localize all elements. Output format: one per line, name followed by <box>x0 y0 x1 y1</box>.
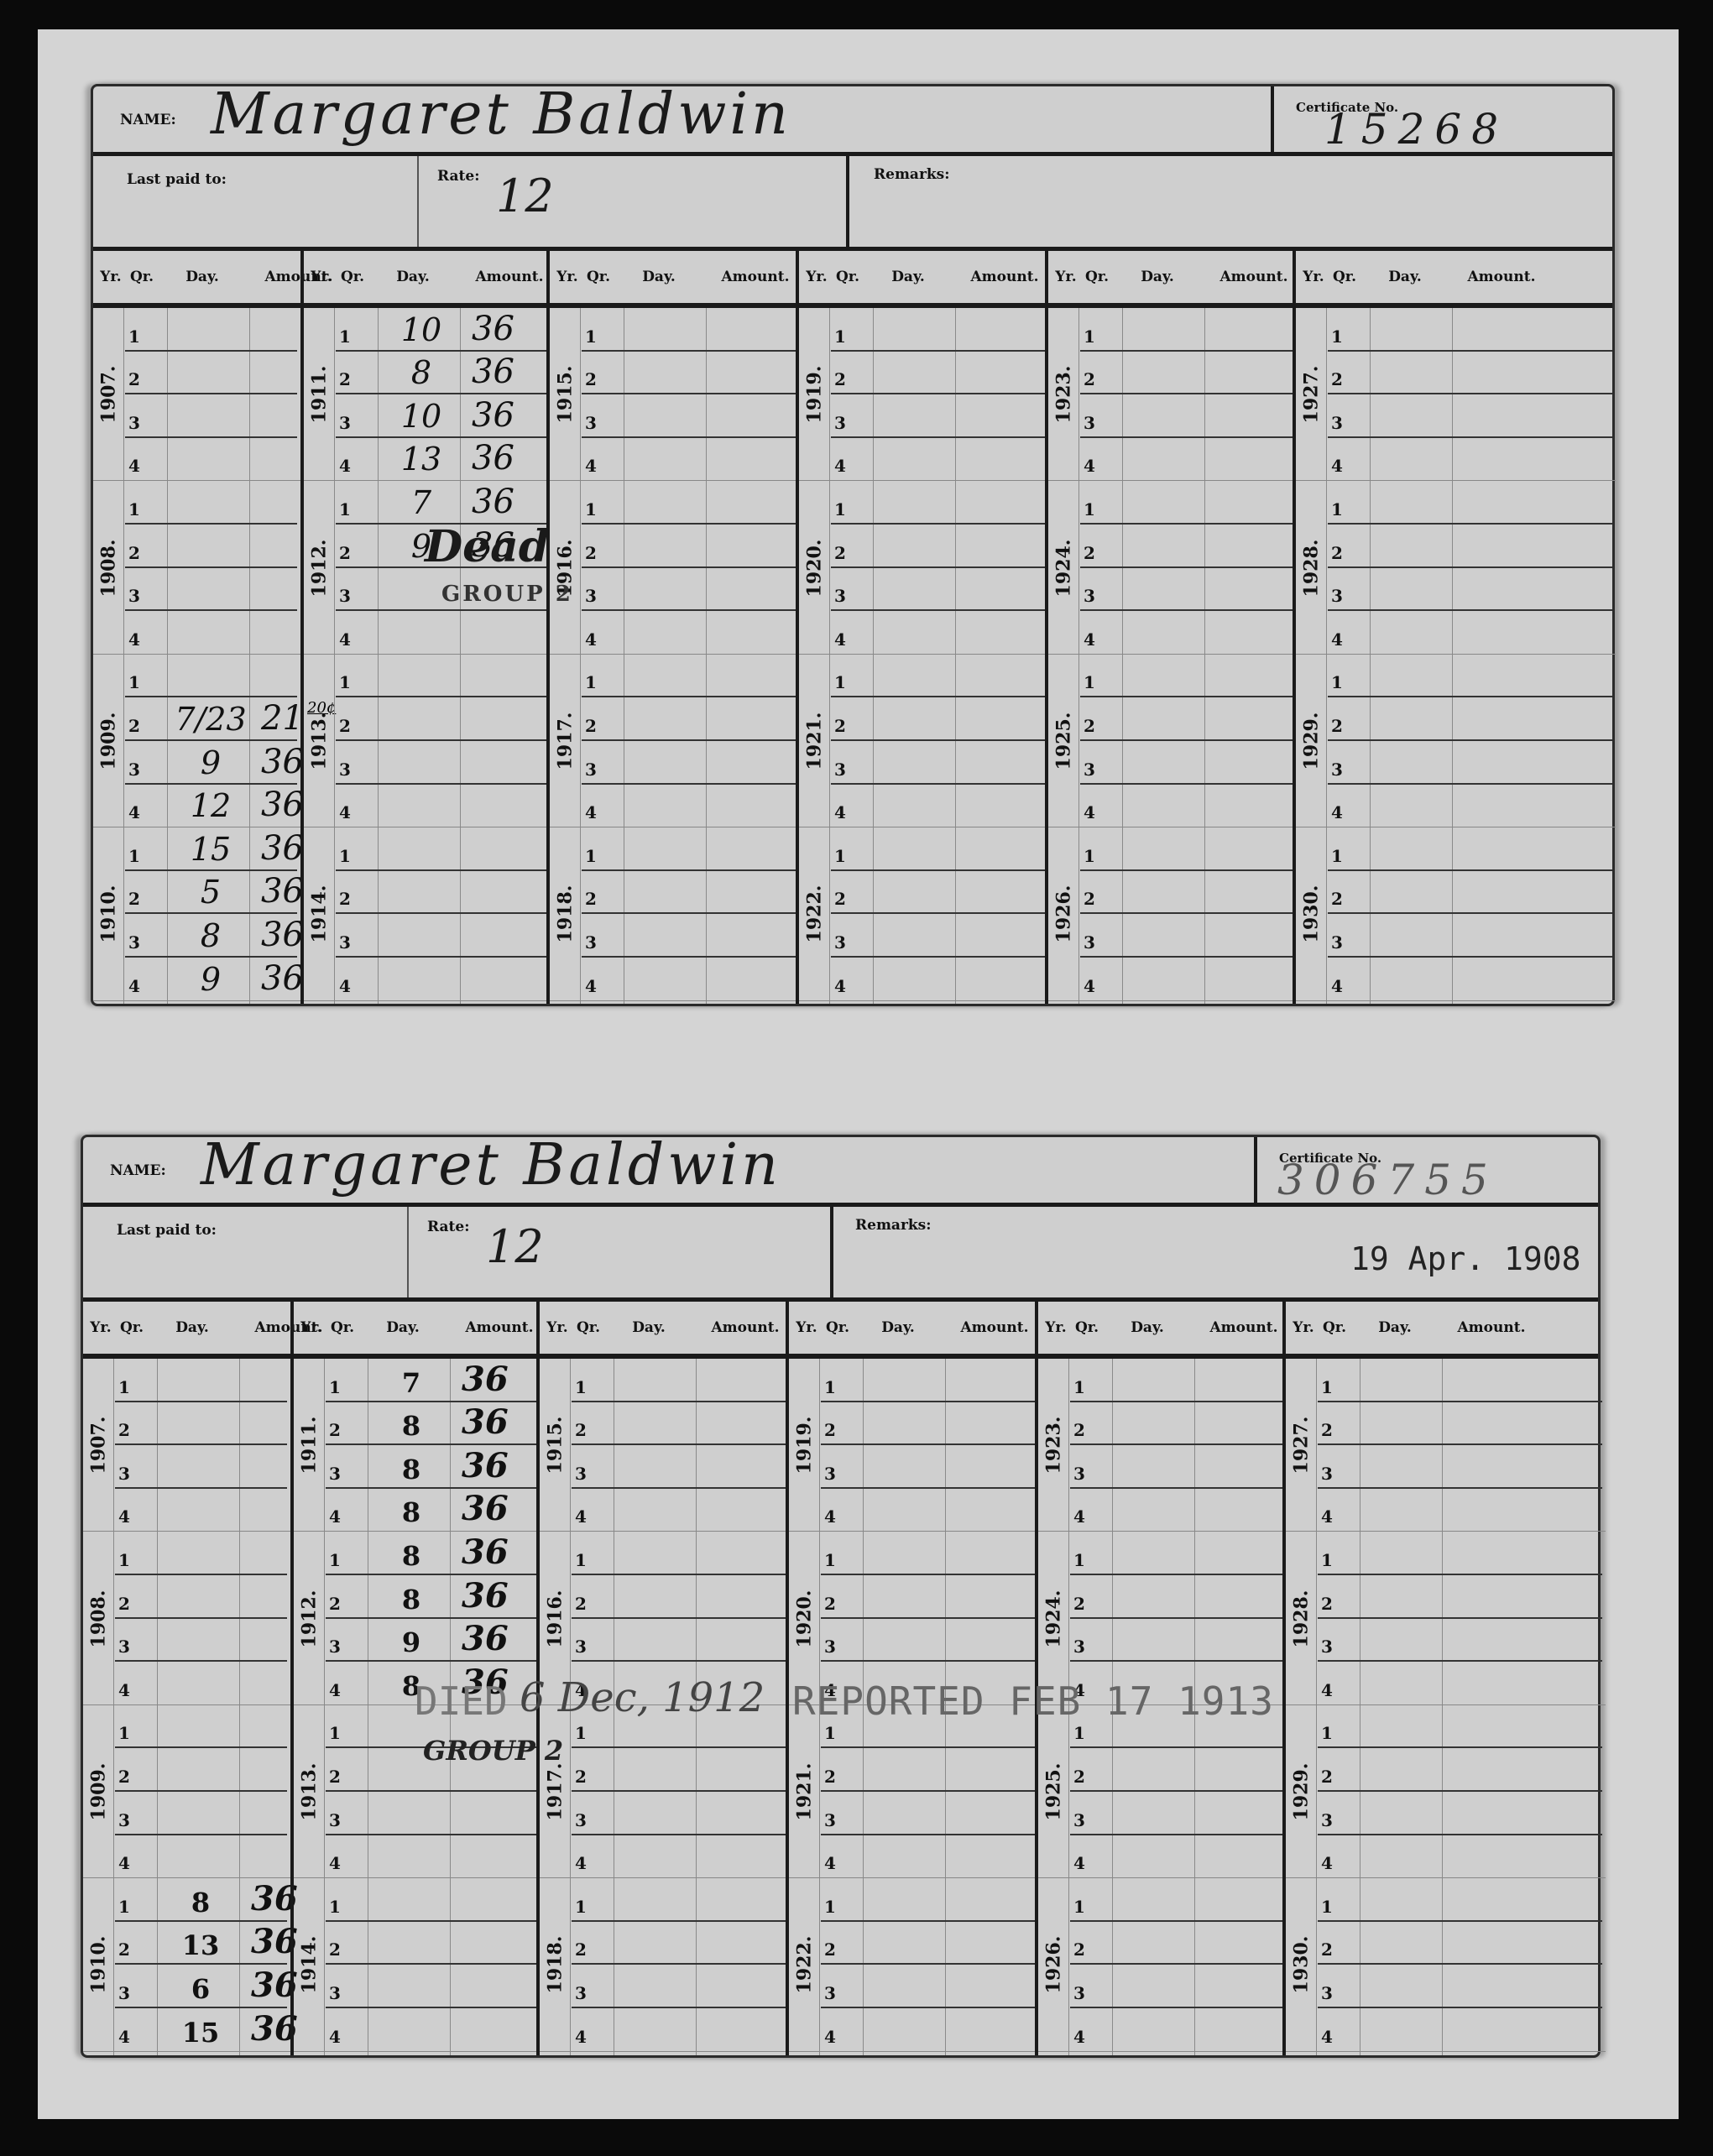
quarter-row: 1 <box>540 1532 789 1575</box>
quarter-number: 3 <box>824 1983 836 2003</box>
quarter-number: 2 <box>339 889 351 909</box>
quarter-row: 2 <box>1286 1402 1606 1446</box>
column-header-amount: Amount. <box>1208 269 1300 285</box>
quarter-number: 1 <box>824 1897 836 1917</box>
quarter-number: 2 <box>1073 1420 1085 1440</box>
quarter-number: 2 <box>1331 543 1343 563</box>
quarter-number: 4 <box>585 629 597 650</box>
year-column-group: 1923.12341924.12341925.12341926.1234 <box>1045 308 1296 1004</box>
quarter-number: 1 <box>585 846 597 866</box>
quarter-number: 2 <box>1073 1939 1085 1960</box>
payment-day: 13 <box>384 441 459 478</box>
quarter-row: 4 <box>1286 1835 1606 1879</box>
quarter-row: 4 <box>83 1489 290 1532</box>
quarter-number: 1 <box>585 672 597 692</box>
quarter-number: 4 <box>1084 976 1095 996</box>
quarter-row: 1 <box>789 1359 1038 1402</box>
quarter-row: 2 <box>1048 352 1296 395</box>
quarter-number: 3 <box>1084 413 1095 433</box>
group-stamp: GROUP 2 <box>441 582 573 607</box>
quarter-number: 1 <box>329 1550 341 1570</box>
quarter-row: 3636 <box>83 1965 290 2008</box>
quarter-row: 3 <box>83 1445 290 1489</box>
info-row: Last paid to:Rate:12Remarks: <box>93 156 1612 251</box>
column-header-day: Day. <box>1114 1319 1181 1336</box>
quarter-row: 4 <box>93 438 300 482</box>
quarter-number: 2 <box>128 543 140 563</box>
quarter-number: 1 <box>1084 846 1095 866</box>
quarter-number: 2 <box>1073 1767 1085 1787</box>
column-header-day: Day. <box>875 269 942 285</box>
quarter-number: 1 <box>585 499 597 519</box>
quarter-number: 1 <box>339 846 351 866</box>
quarter-row: 4 <box>83 1835 290 1879</box>
quarter-number: 4 <box>1331 802 1343 822</box>
quarter-row: 4 <box>294 1835 540 1879</box>
quarter-row: 2836 <box>294 1575 540 1619</box>
quarter-row: 2 <box>550 352 799 395</box>
payment-day: 15 <box>163 2017 238 2049</box>
quarter-number: 3 <box>128 413 140 433</box>
column-header-group: Yr.Qr.Day.Amount. <box>300 251 550 303</box>
column-header-day: Day. <box>1124 269 1191 285</box>
quarter-row: 11536 <box>93 827 300 871</box>
quarter-row: 3 <box>799 568 1048 612</box>
quarter-number: 1 <box>1321 1723 1333 1743</box>
quarter-row: 3 <box>294 1965 540 2008</box>
quarter-number: 1 <box>1084 672 1095 692</box>
quarter-row: 2 <box>1048 871 1296 915</box>
column-header-qr: Qr. <box>326 1319 359 1336</box>
quarter-row: 1 <box>93 481 300 525</box>
quarter-number: 3 <box>1084 932 1095 953</box>
quarter-row: 2 <box>789 1402 1038 1446</box>
quarter-row: 2 <box>540 1575 789 1619</box>
payment-day: 9 <box>173 961 248 998</box>
quarter-number: 1 <box>824 1723 836 1743</box>
quarter-number: 1 <box>329 1377 341 1397</box>
quarter-number: 3 <box>339 932 351 953</box>
quarter-row: 4 <box>550 438 799 482</box>
payment-day: 12 <box>173 787 248 824</box>
quarter-number: 1 <box>329 1723 341 1743</box>
quarter-row: 3 <box>304 741 550 785</box>
column-header-yr: Yr. <box>792 1319 821 1336</box>
payment-grid: 1907.12341908.12341909.127/232120¢393641… <box>93 308 1612 1004</box>
quarter-number: 4 <box>1321 1680 1333 1700</box>
quarter-number: 1 <box>1084 499 1095 519</box>
quarter-number: 4 <box>834 802 846 822</box>
quarter-row: 2 <box>550 871 799 915</box>
quarter-number: 1 <box>824 1550 836 1570</box>
quarter-number: 2 <box>339 716 351 736</box>
quarter-number: 1 <box>118 1550 130 1570</box>
quarter-number: 4 <box>1084 629 1095 650</box>
quarter-row: 3 <box>1296 914 1616 958</box>
quarter-number: 2 <box>329 1594 341 1614</box>
column-header-yr: Yr. <box>1289 1319 1318 1336</box>
reported-stamp: REPORTED FEB 17 1913 <box>792 1678 1274 1724</box>
quarter-row: 3 <box>789 1619 1038 1663</box>
quarter-row: 1 <box>1286 1878 1606 1922</box>
quarter-row: 1 <box>304 827 550 871</box>
quarter-row: 3 <box>83 1792 290 1835</box>
quarter-row: 11036 <box>304 308 550 352</box>
column-header-amount: Amount. <box>699 1319 791 1336</box>
column-header-group: Yr.Qr.Day.Amount. <box>796 251 1048 303</box>
payment-day: 5 <box>173 874 248 911</box>
quarter-number: 2 <box>339 543 351 563</box>
quarter-number: 3 <box>118 1810 130 1830</box>
quarter-row: 4 <box>799 438 1048 482</box>
quarter-row: 4 <box>1286 1489 1606 1532</box>
quarter-row: 1 <box>550 308 799 352</box>
quarter-row: 4 <box>1048 958 1296 1001</box>
quarter-number: 2 <box>329 1420 341 1440</box>
quarter-number: 3 <box>575 1637 587 1657</box>
column-header-qr: Qr. <box>115 1319 149 1336</box>
quarter-number: 2 <box>1321 1420 1333 1440</box>
quarter-number: 2 <box>834 543 846 563</box>
quarter-row: 4 <box>294 2008 540 2052</box>
quarter-row: 1 <box>550 481 799 525</box>
quarter-number: 1 <box>1084 326 1095 347</box>
column-header-yr: Yr. <box>307 269 336 285</box>
quarter-number: 3 <box>585 932 597 953</box>
row-rule <box>799 1000 1048 1001</box>
quarter-number: 1 <box>1321 1550 1333 1570</box>
quarter-number: 3 <box>1073 1810 1085 1830</box>
quarter-row: 4 <box>550 785 799 828</box>
payment-day: 8 <box>373 1454 449 1485</box>
quarter-row: 3 <box>1296 394 1616 438</box>
quarter-row: 1 <box>93 655 300 698</box>
column-header-amount: Amount. <box>463 269 556 285</box>
death-date: 6 Dec, 1912 <box>520 1674 765 1721</box>
quarter-number: 3 <box>834 932 846 953</box>
quarter-row: 2 <box>1286 1575 1606 1619</box>
quarter-number: 4 <box>128 456 140 476</box>
quarter-number: 1 <box>575 1377 587 1397</box>
quarter-number: 4 <box>824 2027 836 2047</box>
quarter-row: 1 <box>540 1878 789 1922</box>
quarter-number: 1 <box>1331 499 1343 519</box>
column-header-group: Yr.Qr.Day.Amount. <box>93 251 300 303</box>
quarter-number: 2 <box>585 543 597 563</box>
quarter-row: 1836 <box>83 1878 290 1922</box>
quarter-row: 3 <box>789 1792 1038 1835</box>
quarter-row: 3 <box>540 1792 789 1835</box>
quarter-row: 3 <box>1286 1792 1606 1835</box>
row-rule <box>1296 1000 1616 1001</box>
quarter-number: 2 <box>1084 543 1095 563</box>
quarter-number: 1 <box>834 846 846 866</box>
column-header-group: Yr.Qr.Day.Amount. <box>290 1302 540 1354</box>
quarter-row: 1 <box>1048 655 1296 698</box>
quarter-row: 2 <box>789 1575 1038 1619</box>
quarter-number: 3 <box>118 1464 130 1484</box>
payment-day: 6 <box>163 1973 238 2005</box>
quarter-row: 4 <box>789 1835 1038 1879</box>
name-row: NAME:Margaret BaldwinCertificate No.1526… <box>93 86 1612 156</box>
payment-day: 8 <box>373 1584 449 1616</box>
quarter-row: 4 <box>93 611 300 655</box>
quarter-number: 3 <box>585 760 597 780</box>
quarter-number: 3 <box>575 1810 587 1830</box>
column-header-amount: Amount. <box>1445 1319 1538 1336</box>
column-header-yr: Yr. <box>543 1319 572 1336</box>
quarter-row: 4 <box>1048 438 1296 482</box>
quarter-number: 4 <box>128 802 140 822</box>
quarter-row: 1 <box>1286 1532 1606 1575</box>
column-header-qr: Qr. <box>582 269 615 285</box>
quarter-number: 2 <box>329 1939 341 1960</box>
quarter-row: 2 <box>1296 525 1616 568</box>
quarter-number: 3 <box>128 760 140 780</box>
quarter-number: 4 <box>824 1506 836 1527</box>
column-header-amount: Amount. <box>1198 1319 1290 1336</box>
quarter-number: 1 <box>834 326 846 347</box>
quarter-number: 3 <box>339 586 351 606</box>
quarter-number: 4 <box>118 1853 130 1873</box>
quarter-number: 1 <box>824 1377 836 1397</box>
column-header-day: Day. <box>169 269 236 285</box>
column-header-yr: Yr. <box>97 269 125 285</box>
quarter-number: 1 <box>575 1550 587 1570</box>
quarter-number: 4 <box>575 1506 587 1527</box>
quarter-row: 41236 <box>93 785 300 828</box>
quarter-number: 3 <box>1073 1464 1085 1484</box>
membership-card-1: NAME:Margaret BaldwinCertificate No.1526… <box>91 84 1615 1006</box>
quarter-row: 4936 <box>93 958 300 1001</box>
quarter-row: 1 <box>1286 1359 1606 1402</box>
quarter-row: 1736 <box>294 1359 540 1402</box>
quarter-number: 3 <box>824 1810 836 1830</box>
quarter-number: 1 <box>1321 1377 1333 1397</box>
quarter-row: 4 <box>799 611 1048 655</box>
quarter-number: 1 <box>1073 1550 1085 1570</box>
quarter-number: 3 <box>834 413 846 433</box>
quarter-row: 1 <box>304 655 550 698</box>
quarter-row: 1 <box>1296 308 1616 352</box>
column-header-qr: Qr. <box>1318 1319 1351 1336</box>
column-header-group: Yr.Qr.Day.Amount. <box>546 251 799 303</box>
quarter-number: 1 <box>339 326 351 347</box>
quarter-number: 3 <box>834 586 846 606</box>
quarter-number: 2 <box>1084 889 1095 909</box>
quarter-number: 2 <box>824 1767 836 1787</box>
quarter-number: 2 <box>118 1420 130 1440</box>
quarter-number: 1 <box>339 499 351 519</box>
quarter-number: 4 <box>1073 1506 1085 1527</box>
column-header-group: Yr.Qr.Day.Amount. <box>1045 251 1296 303</box>
column-header-day: Day. <box>864 1319 932 1336</box>
quarter-row: 2 <box>1296 697 1616 741</box>
column-header-day: Day. <box>615 1319 682 1336</box>
quarter-number: 4 <box>1321 1506 1333 1527</box>
quarter-row: 2 <box>93 352 300 395</box>
quarter-number: 2 <box>128 369 140 389</box>
quarter-number: 3 <box>1321 1810 1333 1830</box>
quarter-number: 3 <box>1331 932 1343 953</box>
quarter-number: 2 <box>128 889 140 909</box>
quarter-row: 3936 <box>294 1619 540 1663</box>
column-header-group: Yr.Qr.Day.Amount. <box>536 1302 789 1354</box>
quarter-number: 3 <box>824 1464 836 1484</box>
quarter-number: 2 <box>585 716 597 736</box>
payment-day: 7 <box>373 1367 449 1399</box>
quarter-number: 1 <box>118 1723 130 1743</box>
quarter-number: 4 <box>339 976 351 996</box>
quarter-row: 3 <box>1286 1445 1606 1489</box>
quarter-number: 3 <box>575 1464 587 1484</box>
quarter-number: 1 <box>834 672 846 692</box>
quarter-row: 3 <box>1038 1792 1286 1835</box>
quarter-row: 1 <box>93 308 300 352</box>
column-header-group: Yr.Qr.Day.Amount. <box>786 1302 1038 1354</box>
quarter-number: 2 <box>118 1767 130 1787</box>
group-stamp: GROUP 2 <box>423 1735 563 1767</box>
quarter-number: 1 <box>1073 1897 1085 1917</box>
row-rule <box>540 2051 789 2052</box>
payment-day: 9 <box>373 1626 449 1658</box>
column-header-qr: Qr. <box>572 1319 605 1336</box>
quarter-row: 3 <box>93 394 300 438</box>
quarter-number: 4 <box>585 802 597 822</box>
quarter-number: 4 <box>1073 2027 1085 2047</box>
column-header-yr: Yr. <box>1299 269 1328 285</box>
quarter-number: 4 <box>329 1680 341 1700</box>
quarter-row: 1 <box>1048 827 1296 871</box>
quarter-number: 2 <box>575 1767 587 1787</box>
quarter-row: 4 <box>1296 785 1616 828</box>
quarter-number: 2 <box>128 716 140 736</box>
quarter-number: 3 <box>585 586 597 606</box>
quarter-number: 2 <box>824 1594 836 1614</box>
quarter-row: 3 <box>799 394 1048 438</box>
quarter-row: 2 <box>799 352 1048 395</box>
quarter-row: 4 <box>1038 1489 1286 1532</box>
quarter-row: 2 <box>1038 1748 1286 1792</box>
rate-label: Rate: <box>437 168 479 185</box>
quarter-number: 2 <box>329 1767 341 1787</box>
quarter-row: 3936 <box>93 741 300 785</box>
quarter-number: 2 <box>1331 716 1343 736</box>
column-header-qr: Qr. <box>336 269 369 285</box>
quarter-row: 4 <box>1048 611 1296 655</box>
column-header-qr: Qr. <box>1080 269 1114 285</box>
column-header-yr: Yr. <box>297 1319 326 1336</box>
quarter-number: 4 <box>1331 976 1343 996</box>
quarter-row: 3 <box>1286 1619 1606 1663</box>
year-column-group: 1907.12341908.12341909.127/232120¢393641… <box>93 308 300 1004</box>
quarter-number: 3 <box>329 1983 341 2003</box>
column-header-day: Day. <box>369 1319 436 1336</box>
quarter-row: 2 <box>1048 525 1296 568</box>
quarter-number: 4 <box>118 1506 130 1527</box>
quarter-row: 4 <box>789 2008 1038 2052</box>
quarter-row: 2 <box>1296 871 1616 915</box>
quarter-number: 4 <box>585 456 597 476</box>
quarter-row: 2 <box>304 697 550 741</box>
column-header-row: Yr.Qr.Day.Amount.Yr.Qr.Day.Amount.Yr.Qr.… <box>93 251 1612 308</box>
quarter-row: 2 <box>540 1748 789 1792</box>
quarter-row: 3 <box>1048 741 1296 785</box>
quarter-number: 4 <box>834 456 846 476</box>
row-rule <box>83 2051 290 2052</box>
quarter-row: 1 <box>799 827 1048 871</box>
quarter-number: 1 <box>1331 672 1343 692</box>
last-paid-label: Last paid to: <box>117 1222 217 1239</box>
quarter-row: 1 <box>789 1532 1038 1575</box>
payment-day: 15 <box>173 831 248 868</box>
quarter-row: 2 <box>294 1922 540 1965</box>
membership-card-2: NAME:Margaret BaldwinCertificate No.3067… <box>81 1135 1601 2058</box>
quarter-row: 4 <box>304 958 550 1001</box>
quarter-row: 3 <box>550 741 799 785</box>
quarter-row: 2 <box>1038 1402 1286 1446</box>
payment-day: 8 <box>373 1410 449 1442</box>
certificate-number: 15268 <box>1324 105 1508 154</box>
column-header-amount: Amount. <box>453 1319 546 1336</box>
quarter-number: 3 <box>339 760 351 780</box>
column-header-row: Yr.Qr.Day.Amount.Yr.Qr.Day.Amount.Yr.Qr.… <box>83 1302 1598 1359</box>
quarter-number: 3 <box>329 1810 341 1830</box>
quarter-number: 2 <box>1321 1767 1333 1787</box>
quarter-number: 2 <box>585 369 597 389</box>
quarter-number: 2 <box>575 1939 587 1960</box>
quarter-number: 3 <box>824 1637 836 1657</box>
quarter-row: 2 <box>799 525 1048 568</box>
quarter-number: 1 <box>1073 1377 1085 1397</box>
quarter-number: 4 <box>128 976 140 996</box>
quarter-row: 4 <box>1296 611 1616 655</box>
name-row: NAME:Margaret BaldwinCertificate No.3067… <box>83 1137 1598 1207</box>
quarter-row: 3 <box>550 568 799 612</box>
row-rule <box>294 2051 540 2052</box>
quarter-row: 3 <box>1296 568 1616 612</box>
quarter-number: 3 <box>585 413 597 433</box>
quarter-row: 3 <box>1038 1965 1286 2008</box>
remarks-label: Remarks: <box>874 166 950 183</box>
quarter-row: 2836 <box>294 1402 540 1446</box>
quarter-row: 21336 <box>83 1922 290 1965</box>
divider <box>830 1207 833 1297</box>
quarter-row: 1 <box>1048 308 1296 352</box>
column-header-yr: Yr. <box>553 269 582 285</box>
quarter-row: 3 <box>540 1965 789 2008</box>
quarter-row: 1 <box>1286 1705 1606 1749</box>
quarter-row: 1 <box>1296 655 1616 698</box>
column-header-day: Day. <box>1371 269 1439 285</box>
payment-day: 8 <box>163 1887 238 1918</box>
quarter-row: 4 <box>304 611 550 655</box>
quarter-number: 3 <box>128 586 140 606</box>
quarter-number: 2 <box>824 1420 836 1440</box>
quarter-row: 1 <box>1048 481 1296 525</box>
quarter-row: 4 <box>799 958 1048 1001</box>
certificate-number: 306755 <box>1277 1156 1498 1204</box>
quarter-number: 4 <box>118 1680 130 1700</box>
quarter-row: 2536 <box>93 871 300 915</box>
quarter-number: 3 <box>118 1983 130 2003</box>
column-header-qr: Qr. <box>821 1319 854 1336</box>
quarter-row: 4 <box>83 1662 290 1705</box>
quarter-row: 4 <box>550 958 799 1001</box>
quarter-row: 3 <box>789 1445 1038 1489</box>
column-header-yr: Yr. <box>1042 1319 1070 1336</box>
quarter-number: 3 <box>1331 586 1343 606</box>
